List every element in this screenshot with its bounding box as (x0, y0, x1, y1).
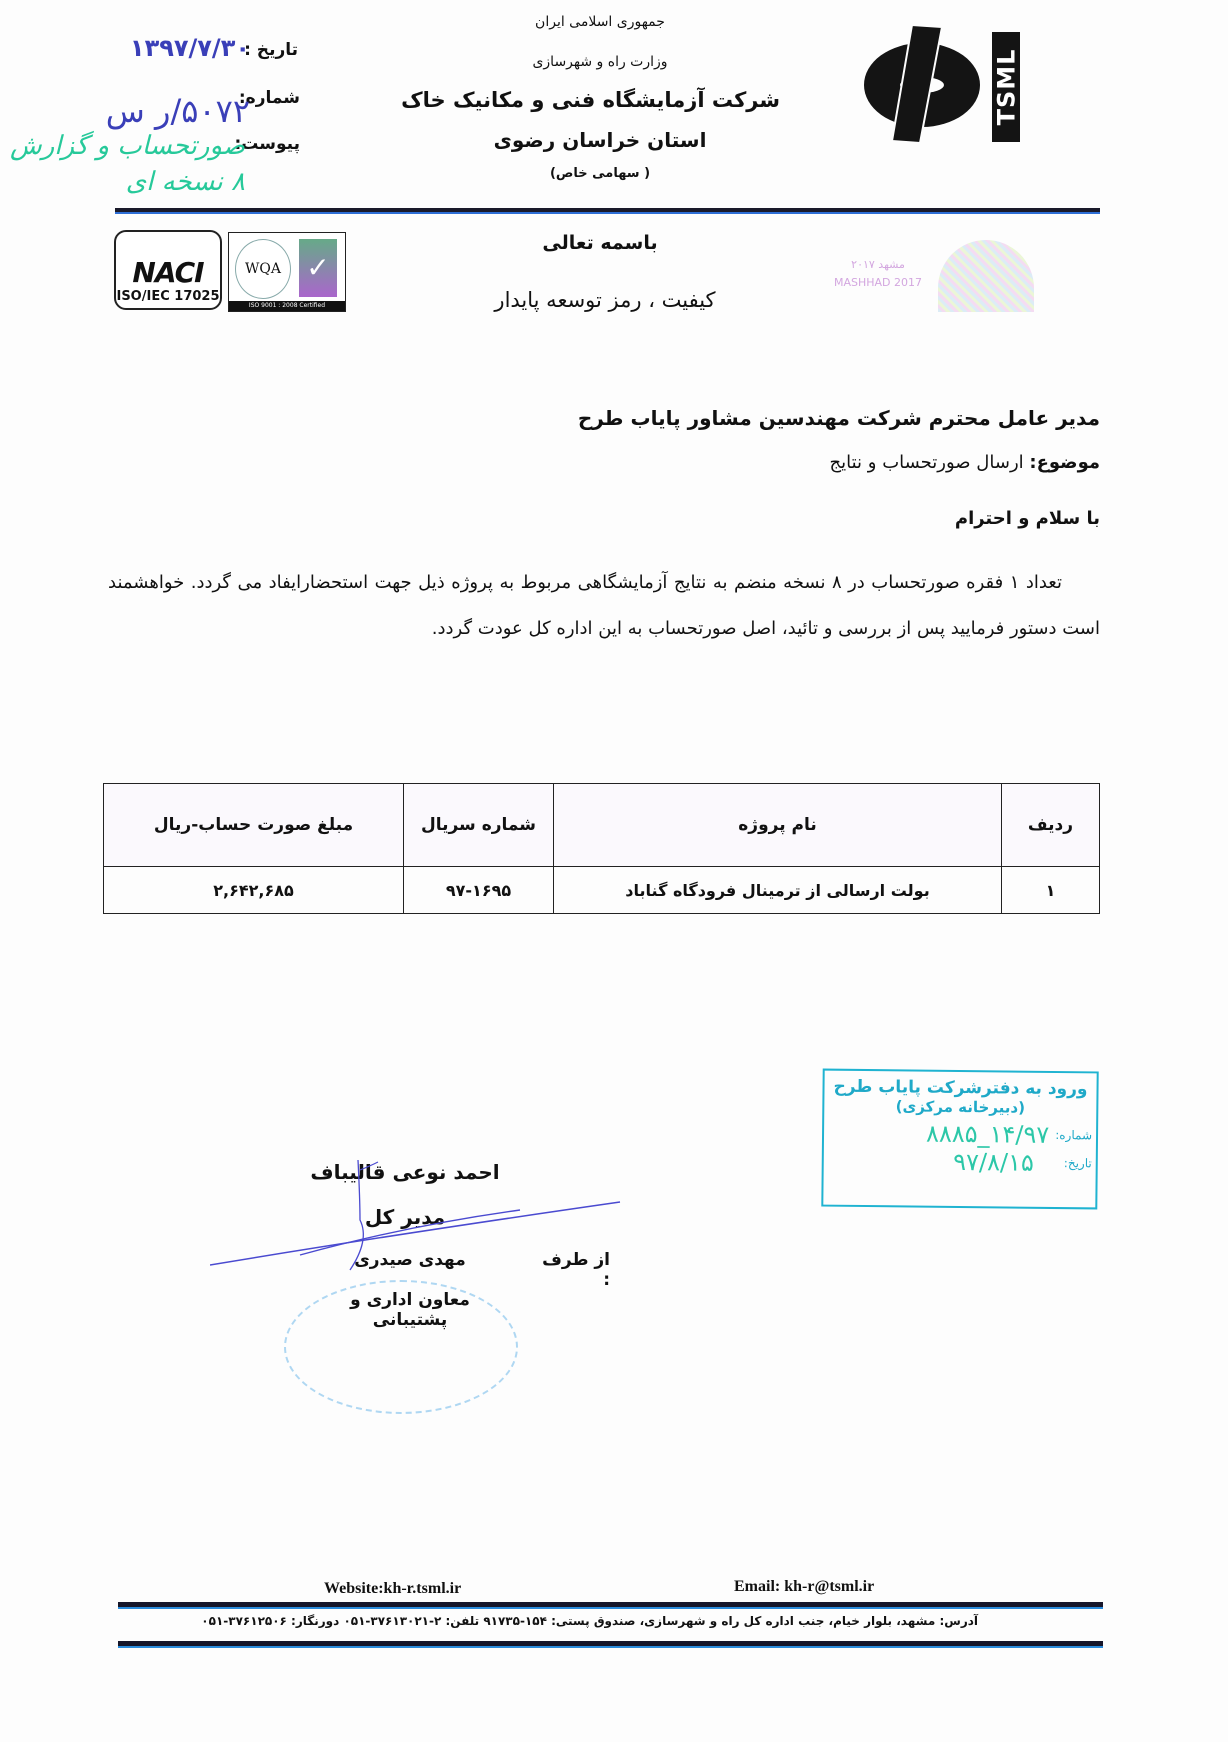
company-province: استان خراسان رضوی (480, 128, 720, 152)
footer-address: آدرس: مشهد، بلوار خیام، جنب اداره کل راه… (238, 1614, 978, 1628)
footer-email[interactable]: Email: kh-r@tsml.ir (734, 1578, 874, 1596)
footer-rule-upper (118, 1602, 1103, 1609)
header-row-number: ردیف (1002, 784, 1100, 867)
iso9001-label: ISO 9001 : 2008 Certified (229, 301, 345, 311)
date-value: ۱۳۹۷/۷/۳۰ (100, 34, 250, 62)
invoice-table-container: ردیف نام پروژه شماره سریال مبلغ صورت حسا… (103, 783, 1100, 914)
subject-value: ارسال صورتحساب و نتایج (830, 452, 1024, 473)
tsml-wordmark: TSML (992, 32, 1020, 142)
footer-website[interactable]: Website:kh-r.tsml.ir (324, 1580, 461, 1598)
number-value: ۵۰۷۲/ر س (60, 92, 250, 130)
stamp-date-value: ۹۷/۸/۱۵ (953, 1148, 1034, 1177)
header-divider (115, 208, 1100, 214)
attachment-handwritten: صورتحساب و گزارش ۸ نسخه ای (5, 128, 245, 200)
on-behalf-label: از طرف : (530, 1250, 610, 1290)
naci-certificate-logo: NACI ISO/IEC 17025 (114, 230, 222, 310)
letter-body: تعداد ۱ فقره صورتحساب در ۸ نسخه منضم به … (108, 560, 1100, 652)
attachment-label: پیوست: (238, 134, 300, 154)
footer-rule-lower (118, 1641, 1103, 1648)
cell-invoice-amount: ۲,۶۴۲,۶۸۵ (104, 867, 404, 914)
cell-project-name: بولت ارسالی از ترمینال فرودگاه گناباد (554, 867, 1002, 914)
mashhad-2017-logo: مشهد ۲۰۱۷ MASHHAD 2017 (826, 240, 1036, 312)
ukas-check-icon: ✓ (299, 239, 337, 297)
stamp-line1: ورود به دفترشرکت پایاب طرح (824, 1077, 1096, 1100)
tsml-disc-icon (862, 25, 982, 143)
stamp-line2: (دبیرخانه مرکزی) (824, 1097, 1096, 1118)
subject-line: موضوع: ارسال صورتحساب و نتایج (500, 452, 1100, 473)
subject-label: موضوع: (1029, 452, 1100, 473)
table-row: ۱ بولت ارسالی از ترمینال فرودگاه گناباد … (104, 867, 1100, 914)
stamp-number-value: ۱۴/۹۷_۸۸۸۵ (926, 1120, 1050, 1149)
table-header-row: ردیف نام پروژه شماره سریال مبلغ صورت حسا… (104, 784, 1100, 867)
recipient: مدیر عامل محترم شرکت مهندسین مشاور پایاب… (500, 406, 1100, 430)
header-invoice-amount: مبلغ صورت حساب-ریال (104, 784, 404, 867)
tsml-logo: TSML (862, 25, 1020, 143)
invocation: باسمه تعالی (520, 232, 680, 254)
deputy-name: مهدی صیدری (340, 1250, 480, 1270)
cell-row-number: ۱ (1002, 867, 1100, 914)
wqa-globe-icon: WQA (235, 239, 291, 299)
header-line-ministry: وزارت راه و شهرسازی (480, 54, 720, 70)
cell-serial-number: ۹۷-۱۶۹۵ (404, 867, 554, 914)
receipt-stamp: ورود به دفترشرکت پایاب طرح (دبیرخانه مرک… (821, 1069, 1098, 1210)
invoice-table: ردیف نام پروژه شماره سریال مبلغ صورت حسا… (103, 783, 1100, 914)
mashhad-dome-icon (938, 240, 1034, 312)
company-name: شرکت آزمایشگاه فنی و مکانیک خاک (420, 88, 780, 112)
header-project-name: نام پروژه (554, 784, 1002, 867)
motto: کیفیت ، رمز توسعه پایدار (430, 288, 780, 312)
number-label: شماره: (246, 88, 300, 108)
greeting: با سلام و احترام (700, 508, 1100, 529)
company-type: ( سهامی خاص) (520, 166, 680, 181)
wqa-certificate-logo: WQA ✓ ISO 9001 : 2008 Certified (228, 232, 346, 312)
official-seal-icon (284, 1280, 518, 1414)
header-line-republic: جمهوری اسلامی ایران (480, 14, 720, 30)
stamp-number-label: شماره: (1055, 1128, 1092, 1142)
header-serial-number: شماره سریال (404, 784, 554, 867)
stamp-date-label: تاریخ: (1064, 1156, 1092, 1170)
